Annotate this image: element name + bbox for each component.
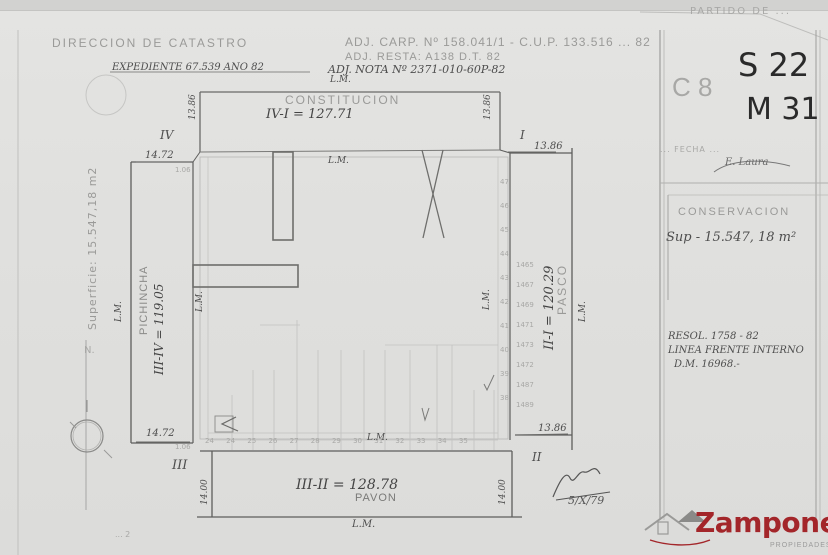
signature-date: 5/X/79 xyxy=(568,494,604,507)
parcel-number: 44 xyxy=(500,242,514,266)
adj-resta-note: ADJ. RESTA: A138 D.T. 82 xyxy=(345,51,501,63)
dim-iv-small: 1.06 xyxy=(175,166,191,174)
dim-i-corner: 13.86 xyxy=(534,141,563,152)
lot-number: 1487 xyxy=(516,375,546,395)
lot-number: 1469 xyxy=(516,295,546,315)
vertex-iv: IV xyxy=(160,128,173,142)
logo-brand: Zampone xyxy=(695,506,828,539)
south-lm-label: L.M. xyxy=(352,519,375,530)
conservation-surface: Sup - 15.547, 18 m² xyxy=(666,230,796,245)
lot-number: 32 xyxy=(395,437,404,445)
inner-lm-top: L.M. xyxy=(328,156,349,166)
lot-numbers-bottom: 24 24 25 26 27 28 29 30 31 32 33 34 35 xyxy=(205,437,468,445)
parcel-number: 43 xyxy=(500,266,514,290)
dim-iv-corner: 14.72 xyxy=(145,150,174,161)
lot-number: 1465 xyxy=(516,255,546,275)
resolution-line-3: D.M. 16968.- xyxy=(674,359,740,370)
vertex-iii: III xyxy=(172,458,187,473)
side-iii-iv-length: III-IV = 119.05 xyxy=(152,284,166,375)
lot-number: 28 xyxy=(311,437,320,445)
vertex-i: I xyxy=(520,128,525,142)
street-pasco: PASCO xyxy=(555,264,569,315)
lot-number: 33 xyxy=(417,437,426,445)
parcel-number: 41 xyxy=(500,314,514,338)
south-setback-left: 14.00 xyxy=(200,479,210,505)
lot-number: 24 xyxy=(226,437,235,445)
parcel-number: 45 xyxy=(500,218,514,242)
circ-code: C 8 xyxy=(672,72,712,103)
lm-top-label: L.M. xyxy=(330,75,351,85)
faint-stamp-mid: ... FECHA ... xyxy=(660,145,720,154)
faint-stamp-top: PARTIDO DE ... xyxy=(690,6,791,17)
parcel-number: 46 xyxy=(500,194,514,218)
street-pavon: PAVON xyxy=(355,492,397,504)
resolution-line-2: LINEA FRENTE INTERNO xyxy=(668,345,804,356)
parcel-number: 38 xyxy=(500,386,514,410)
adj-nota-note: ADJ. NOTA Nº 2371-010-60P-82 xyxy=(328,63,505,76)
section-code: S 22 xyxy=(738,46,809,84)
lot-number: 1473 xyxy=(516,335,546,355)
parcel-number: 42 xyxy=(500,290,514,314)
cadastral-plan-sheet: DIRECCION DE CATASTRO EXPEDIENTE 67.539 … xyxy=(0,0,828,555)
side-iii-ii-length: III-II = 128.78 xyxy=(296,477,398,493)
expediente-label: EXPEDIENTE 67.539 ANO 82 xyxy=(112,62,264,73)
parcel-number: 39 xyxy=(500,362,514,386)
adj-carp-note: ADJ. CARP. Nº 158.041/1 - C.U.P. 133.516… xyxy=(345,35,651,49)
lot-number: 1471 xyxy=(516,315,546,335)
lot-number: 1489 xyxy=(516,395,546,415)
lot-number: 35 xyxy=(459,437,468,445)
west-lm-label: L.M. xyxy=(114,301,124,322)
lot-number: 24 xyxy=(205,437,214,445)
zampone-watermark-logo: Zampone PROPIEDADES xyxy=(640,500,828,555)
block-code: M 31 xyxy=(746,92,820,127)
inner-lm-right: L.M. xyxy=(482,289,492,310)
lot-number: 31 xyxy=(374,437,383,445)
lot-number: 26 xyxy=(268,437,277,445)
signature-initials-margin: E. Laura xyxy=(725,157,768,168)
conservation-title: CONSERVACION xyxy=(678,206,790,218)
dim-iii-corner: 14.72 xyxy=(146,428,175,439)
lot-number: 1472 xyxy=(516,355,546,375)
north-setback-left: 13.86 xyxy=(188,94,198,120)
office-header: DIRECCION DE CATASTRO xyxy=(52,36,248,50)
north-setback-right: 13.86 xyxy=(483,94,493,120)
vertex-ii: II xyxy=(532,450,541,464)
logo-subtitle: PROPIEDADES xyxy=(770,542,828,549)
lot-number: 34 xyxy=(438,437,447,445)
bottom-left-note: ... 2 xyxy=(115,530,130,539)
side-iv-i-length: IV-I = 127.71 xyxy=(266,107,354,122)
lot-numbers-right: 1465 1467 1469 1471 1473 1472 1487 1489 xyxy=(516,255,546,415)
parcel-number: 47 xyxy=(500,170,514,194)
dim-ii-corner: 13.86 xyxy=(538,423,567,434)
lot-number: 29 xyxy=(332,437,341,445)
lot-number: 27 xyxy=(290,437,299,445)
lot-number: 25 xyxy=(247,437,256,445)
north-label: N. xyxy=(84,345,95,356)
surface-margin-label: Superficie: 15.547,18 m2 xyxy=(86,167,99,330)
east-lm-label: L.M. xyxy=(578,301,588,322)
street-pichincha: PICHINCHA xyxy=(138,265,150,335)
parcel-numbers-right: 47 46 45 44 43 42 41 40 39 38 xyxy=(500,170,514,410)
street-constitucion: CONSTITUCION xyxy=(285,93,400,107)
inner-lm-left: L.M. xyxy=(195,291,205,312)
dim-iii-small: 1.06 xyxy=(175,443,191,451)
resolution-line-1: RESOL. 1758 - 82 xyxy=(668,331,759,342)
lot-number: 1467 xyxy=(516,275,546,295)
lot-number: 30 xyxy=(353,437,362,445)
house-icon xyxy=(640,500,700,540)
parcel-number: 40 xyxy=(500,338,514,362)
south-setback-right: 14.00 xyxy=(498,479,508,505)
